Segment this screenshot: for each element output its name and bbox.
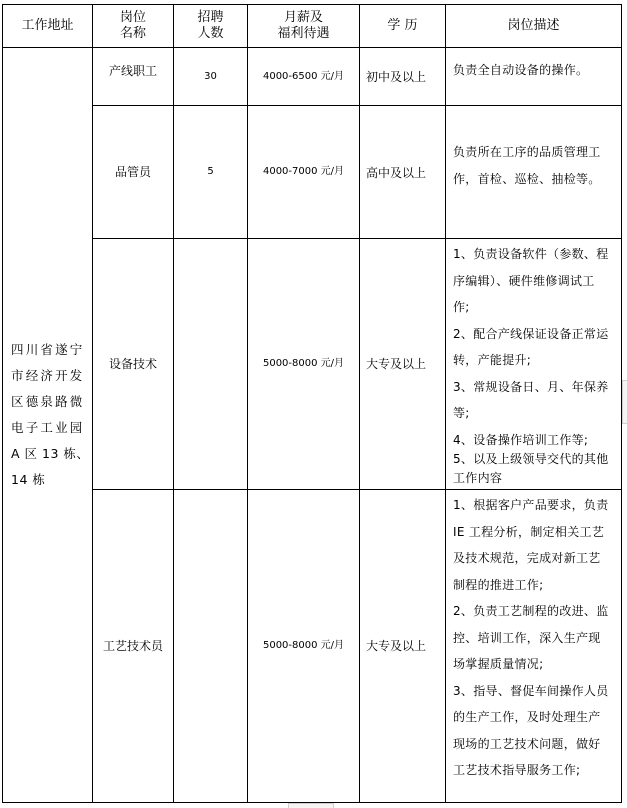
row-3-salary: 5000-8000 元/月 [248,353,359,375]
row-2-education: 高中及以上 [366,162,445,184]
row-2-position: 品管员 [93,106,173,238]
row-3-description: 1、负责设备软件（参数、程 序编辑）、硬件维修调试工 作; 2、配合产线保证设备… [446,241,621,488]
header-divider [2,47,622,48]
row-2-description: 负责所在工序的品质管理工 作，首检、巡检、抽检等。 [446,139,621,192]
row-divider [92,238,622,239]
row-2-salary: 4000-7000 元/月 [248,106,359,238]
row-1-count: 30 [174,66,247,88]
row-1-description: 负责全自动设备的操作。 [446,57,621,84]
header-address: 工作地址 [3,5,92,47]
work-address: 四川省遂宁 市经济开发 区德泉路微 电子工业园 A 区 13 栋、 14 栋 [3,337,92,493]
row-4-education: 大专及以上 [366,635,445,657]
column-divider [359,4,360,803]
header-position: 岗位 名称 [93,5,173,47]
job-table: 工作地址 岗位 名称 招聘 人数 月薪及 福利待遇 学 历 岗位描述 四川省遂宁… [0,0,627,808]
row-3-position: 设备技术 [93,353,173,375]
row-4-salary: 5000-8000 元/月 [248,635,359,657]
row-3-education: 大专及以上 [366,353,445,375]
row-1-education: 初中及以上 [366,66,445,88]
row-4-count [174,635,247,657]
header-salary: 月薪及 福利待遇 [248,5,359,47]
edge-artifact [622,380,627,424]
header-education: 学 历 [360,5,445,47]
header-description: 岗位描述 [446,5,621,47]
edge-artifact [288,803,334,808]
header-count: 招聘 人数 [174,5,247,47]
row-3-count [174,353,247,375]
row-4-description: 1、根据客户产品要求，负责 IE 工程分析，制定相关工艺 及技术规范，完成对新工… [446,492,621,784]
row-divider [92,489,622,490]
row-4-position: 工艺技术员 [93,635,173,657]
row-1-salary: 4000-6500 元/月 [248,66,359,88]
row-2-count: 5 [174,106,247,238]
row-1-position: 产线职工 [93,60,173,82]
